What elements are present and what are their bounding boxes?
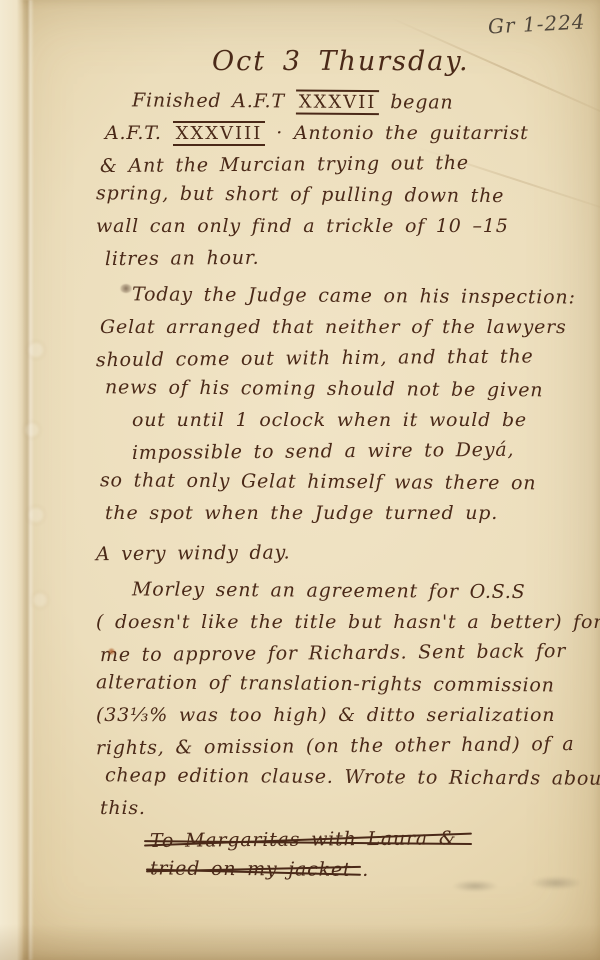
manuscript-line: A very windy day. (96, 535, 600, 570)
text-segment: rights, & omission (on the other hand) o… (96, 733, 575, 759)
text-segment: cheap edition clause. Wrote to Richards … (105, 764, 600, 790)
text-segment: this. (100, 797, 146, 819)
text-segment: litres an hour. (105, 247, 260, 270)
text-segment: wall can only find a trickle of 10 –15 (96, 215, 509, 237)
manuscript-line: Morley sent an agreement for O.S.S (132, 574, 600, 608)
manuscript-line: Finished A.F.T XXXVII began (132, 85, 600, 119)
text-segment: began (379, 91, 453, 114)
manuscript-line: out until 1 oclock when it would be (132, 405, 600, 436)
text-segment: Finished A.F.T (132, 89, 296, 112)
text-segment: & Ant the Murcian trying out the (100, 152, 469, 177)
text-segment: should come out with him, and that the (96, 345, 534, 371)
manuscript-line: Gelat arranged that neither of the lawye… (96, 312, 600, 343)
manuscript-line: should come out with him, and that the (96, 341, 600, 376)
scan-edge-shadow (0, 924, 600, 960)
struck-text: tried on my jacket (150, 857, 352, 880)
text-segment: Morley sent an agreement for O.S.S (132, 578, 526, 603)
manuscript-line: ( doesn't like the title but hasn't a be… (96, 607, 600, 638)
manuscript-line: impossible to send a wire to Deyá, (132, 434, 600, 469)
manuscript-line: wall can only find a trickle of 10 –15 (96, 211, 600, 242)
manuscript-line: this. (96, 793, 600, 824)
manuscript-line: news of his coming should not be given (96, 372, 600, 407)
roman-numeral: XXXVIII (173, 121, 266, 146)
manuscript-line: me to approve for Richards. Sent back fo… (96, 636, 600, 671)
text-segment: ( doesn't like the title but hasn't a be… (96, 611, 600, 633)
manuscript-line: cheap edition clause. Wrote to Richards … (96, 760, 600, 795)
embossed-watermark (6, 320, 62, 650)
text-segment: Gelat arranged that neither of the lawye… (100, 316, 567, 338)
manuscript-line: To Margaritas with Laura & (150, 822, 600, 857)
text-segment: so that only Gelat himself was there on (100, 469, 536, 494)
text-segment: alteration of translation-rights commiss… (96, 671, 555, 696)
text-segment: me to approve for Richards. Sent back fo… (100, 640, 566, 666)
manuscript-body: Finished A.F.T XXXVII beganA.F.T. XXXVII… (96, 87, 600, 886)
text-segment: . (351, 859, 369, 881)
roman-numeral: XXXVII (296, 90, 380, 116)
text-segment: A very windy day. (96, 542, 291, 566)
archive-reference: Gr 1-224 (488, 9, 587, 38)
manuscript-line: the spot when the Judge turned up. (96, 498, 600, 529)
entry-date-title: Oct 3 Thursday. (212, 46, 600, 77)
text-segment: the spot when the Judge turned up. (105, 502, 498, 524)
manuscript-line: Today the Judge came on his inspection: (132, 279, 600, 313)
scanned-page: Gr 1-224 Oct 3 Thursday. Finished A.F.T … (0, 0, 600, 960)
manuscript-line: alteration of translation-rights commiss… (96, 667, 600, 702)
text-segment: news of his coming should not be given (105, 376, 544, 401)
text-segment: A.F.T. (105, 122, 173, 144)
manuscript-line: (33⅓% was too high) & ditto serializatio… (96, 700, 600, 731)
manuscript-line: & Ant the Murcian trying out the (96, 147, 600, 182)
text-segment: Today the Judge came on his inspection: (132, 283, 576, 308)
text-segment: (33⅓% was too high) & ditto serializatio… (96, 704, 555, 726)
text-segment: spring, but short of pulling down the (96, 182, 504, 207)
text-segment: impossible to send a wire to Deyá, (132, 439, 514, 464)
manuscript-line: rights, & omission (on the other hand) o… (96, 729, 600, 764)
manuscript-line: litres an hour. (96, 240, 600, 275)
text-segment: out until 1 oclock when it would be (132, 409, 527, 431)
text-segment: · Antonio the guitarrist (265, 122, 528, 144)
manuscript-line: so that only Gelat himself was there on (96, 465, 600, 500)
struck-text: To Margaritas with Laura & (150, 827, 457, 852)
manuscript-line: tried on my jacket . (150, 853, 600, 887)
manuscript-line: A.F.T. XXXVIII · Antonio the guitarrist (96, 118, 600, 149)
manuscript-line: spring, but short of pulling down the (96, 178, 600, 213)
